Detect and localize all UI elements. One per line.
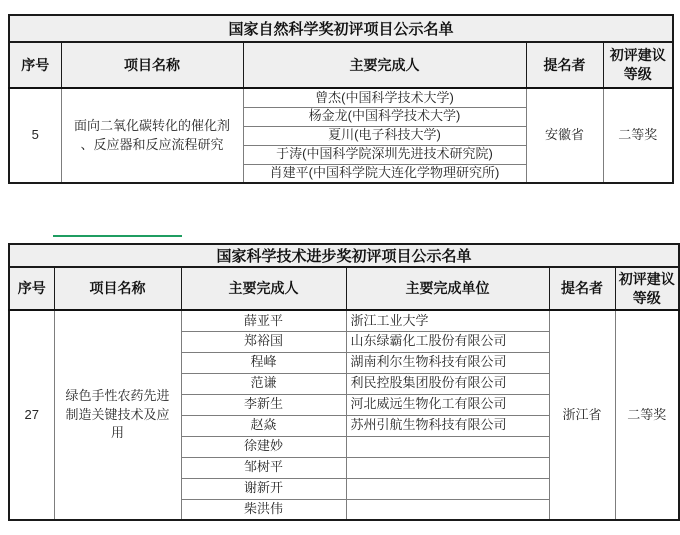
unit-cell: 湖南利尔生物科技有限公司 xyxy=(346,352,549,373)
table2-col-nominator: 提名者 xyxy=(549,267,615,310)
project-name-cell: 面向二氧化碳转化的催化剂 、反应器和反应流程研究 xyxy=(61,88,243,183)
serial-cell: 27 xyxy=(9,310,54,520)
table2-title: 国家科学技术进步奖初评项目公示名单 xyxy=(9,244,679,267)
sci-tech-progress-award-table: 国家科学技术进步奖初评项目公示名单 序号 项目名称 主要完成人 主要完成单位 提… xyxy=(8,243,680,521)
unit-cell: 山东绿霸化工股份有限公司 xyxy=(346,331,549,352)
contributor-cell: 范谦 xyxy=(181,373,346,394)
table2-col-contributors: 主要完成人 xyxy=(181,267,346,310)
table1-col-serial: 序号 xyxy=(9,42,61,88)
contributor-cell: 谢新开 xyxy=(181,478,346,499)
table1-col-contributors: 主要完成人 xyxy=(243,42,526,88)
table-row: 5 面向二氧化碳转化的催化剂 、反应器和反应流程研究 曾杰(中国科学技术大学) … xyxy=(9,88,673,107)
contributor-cell: 于涛(中国科学院深圳先进技术研究院) xyxy=(243,145,526,164)
table2-col-units: 主要完成单位 xyxy=(346,267,549,310)
unit-cell: 浙江工业大学 xyxy=(346,310,549,331)
table2-col-project: 项目名称 xyxy=(54,267,181,310)
unit-cell xyxy=(346,436,549,457)
unit-cell: 利民控股集团股份有限公司 xyxy=(346,373,549,394)
contributor-cell: 赵焱 xyxy=(181,415,346,436)
nominator-cell: 浙江省 xyxy=(549,310,615,520)
table1-title: 国家自然科学奖初评项目公示名单 xyxy=(9,15,673,42)
natural-science-award-table: 国家自然科学奖初评项目公示名单 序号 项目名称 主要完成人 提名者 初评建议 等… xyxy=(8,14,674,184)
contributor-cell: 郑裕国 xyxy=(181,331,346,352)
table2-col-serial: 序号 xyxy=(9,267,54,310)
unit-cell xyxy=(346,478,549,499)
table1-col-grade: 初评建议 等级 xyxy=(603,42,673,88)
table2-header-row: 序号 项目名称 主要完成人 主要完成单位 提名者 初评建议 等级 xyxy=(9,267,679,310)
page: 国家自然科学奖初评项目公示名单 序号 项目名称 主要完成人 提名者 初评建议 等… xyxy=(0,14,680,521)
table2-col-grade: 初评建议 等级 xyxy=(615,267,679,310)
grade-cell: 二等奖 xyxy=(603,88,673,183)
serial-cell: 5 xyxy=(9,88,61,183)
contributor-cell: 徐建妙 xyxy=(181,436,346,457)
table1-col-nominator: 提名者 xyxy=(526,42,603,88)
green-divider-line xyxy=(53,235,182,237)
contributor-cell: 杨金龙(中国科学技术大学) xyxy=(243,107,526,126)
grade-cell: 二等奖 xyxy=(615,310,679,520)
unit-cell xyxy=(346,499,549,520)
contributor-cell: 邹树平 xyxy=(181,457,346,478)
unit-cell xyxy=(346,457,549,478)
contributor-cell: 肖建平(中国科学院大连化学物理研究所) xyxy=(243,164,526,183)
nominator-cell: 安徽省 xyxy=(526,88,603,183)
unit-cell: 河北威远生物化工有限公司 xyxy=(346,394,549,415)
table1-header-row: 序号 项目名称 主要完成人 提名者 初评建议 等级 xyxy=(9,42,673,88)
contributor-cell: 曾杰(中国科学技术大学) xyxy=(243,88,526,107)
table-gap xyxy=(8,184,680,243)
contributor-cell: 夏川(电子科技大学) xyxy=(243,126,526,145)
project-name-cell: 绿色手性农药先进 制造关键技术及应 用 xyxy=(54,310,181,520)
contributor-cell: 薛亚平 xyxy=(181,310,346,331)
table1-col-project: 项目名称 xyxy=(61,42,243,88)
table-row: 27 绿色手性农药先进 制造关键技术及应 用 薛亚平 浙江工业大学 浙江省 二等… xyxy=(9,310,679,331)
contributor-cell: 李新生 xyxy=(181,394,346,415)
unit-cell: 苏州引航生物科技有限公司 xyxy=(346,415,549,436)
contributor-cell: 柴洪伟 xyxy=(181,499,346,520)
contributor-cell: 程峰 xyxy=(181,352,346,373)
